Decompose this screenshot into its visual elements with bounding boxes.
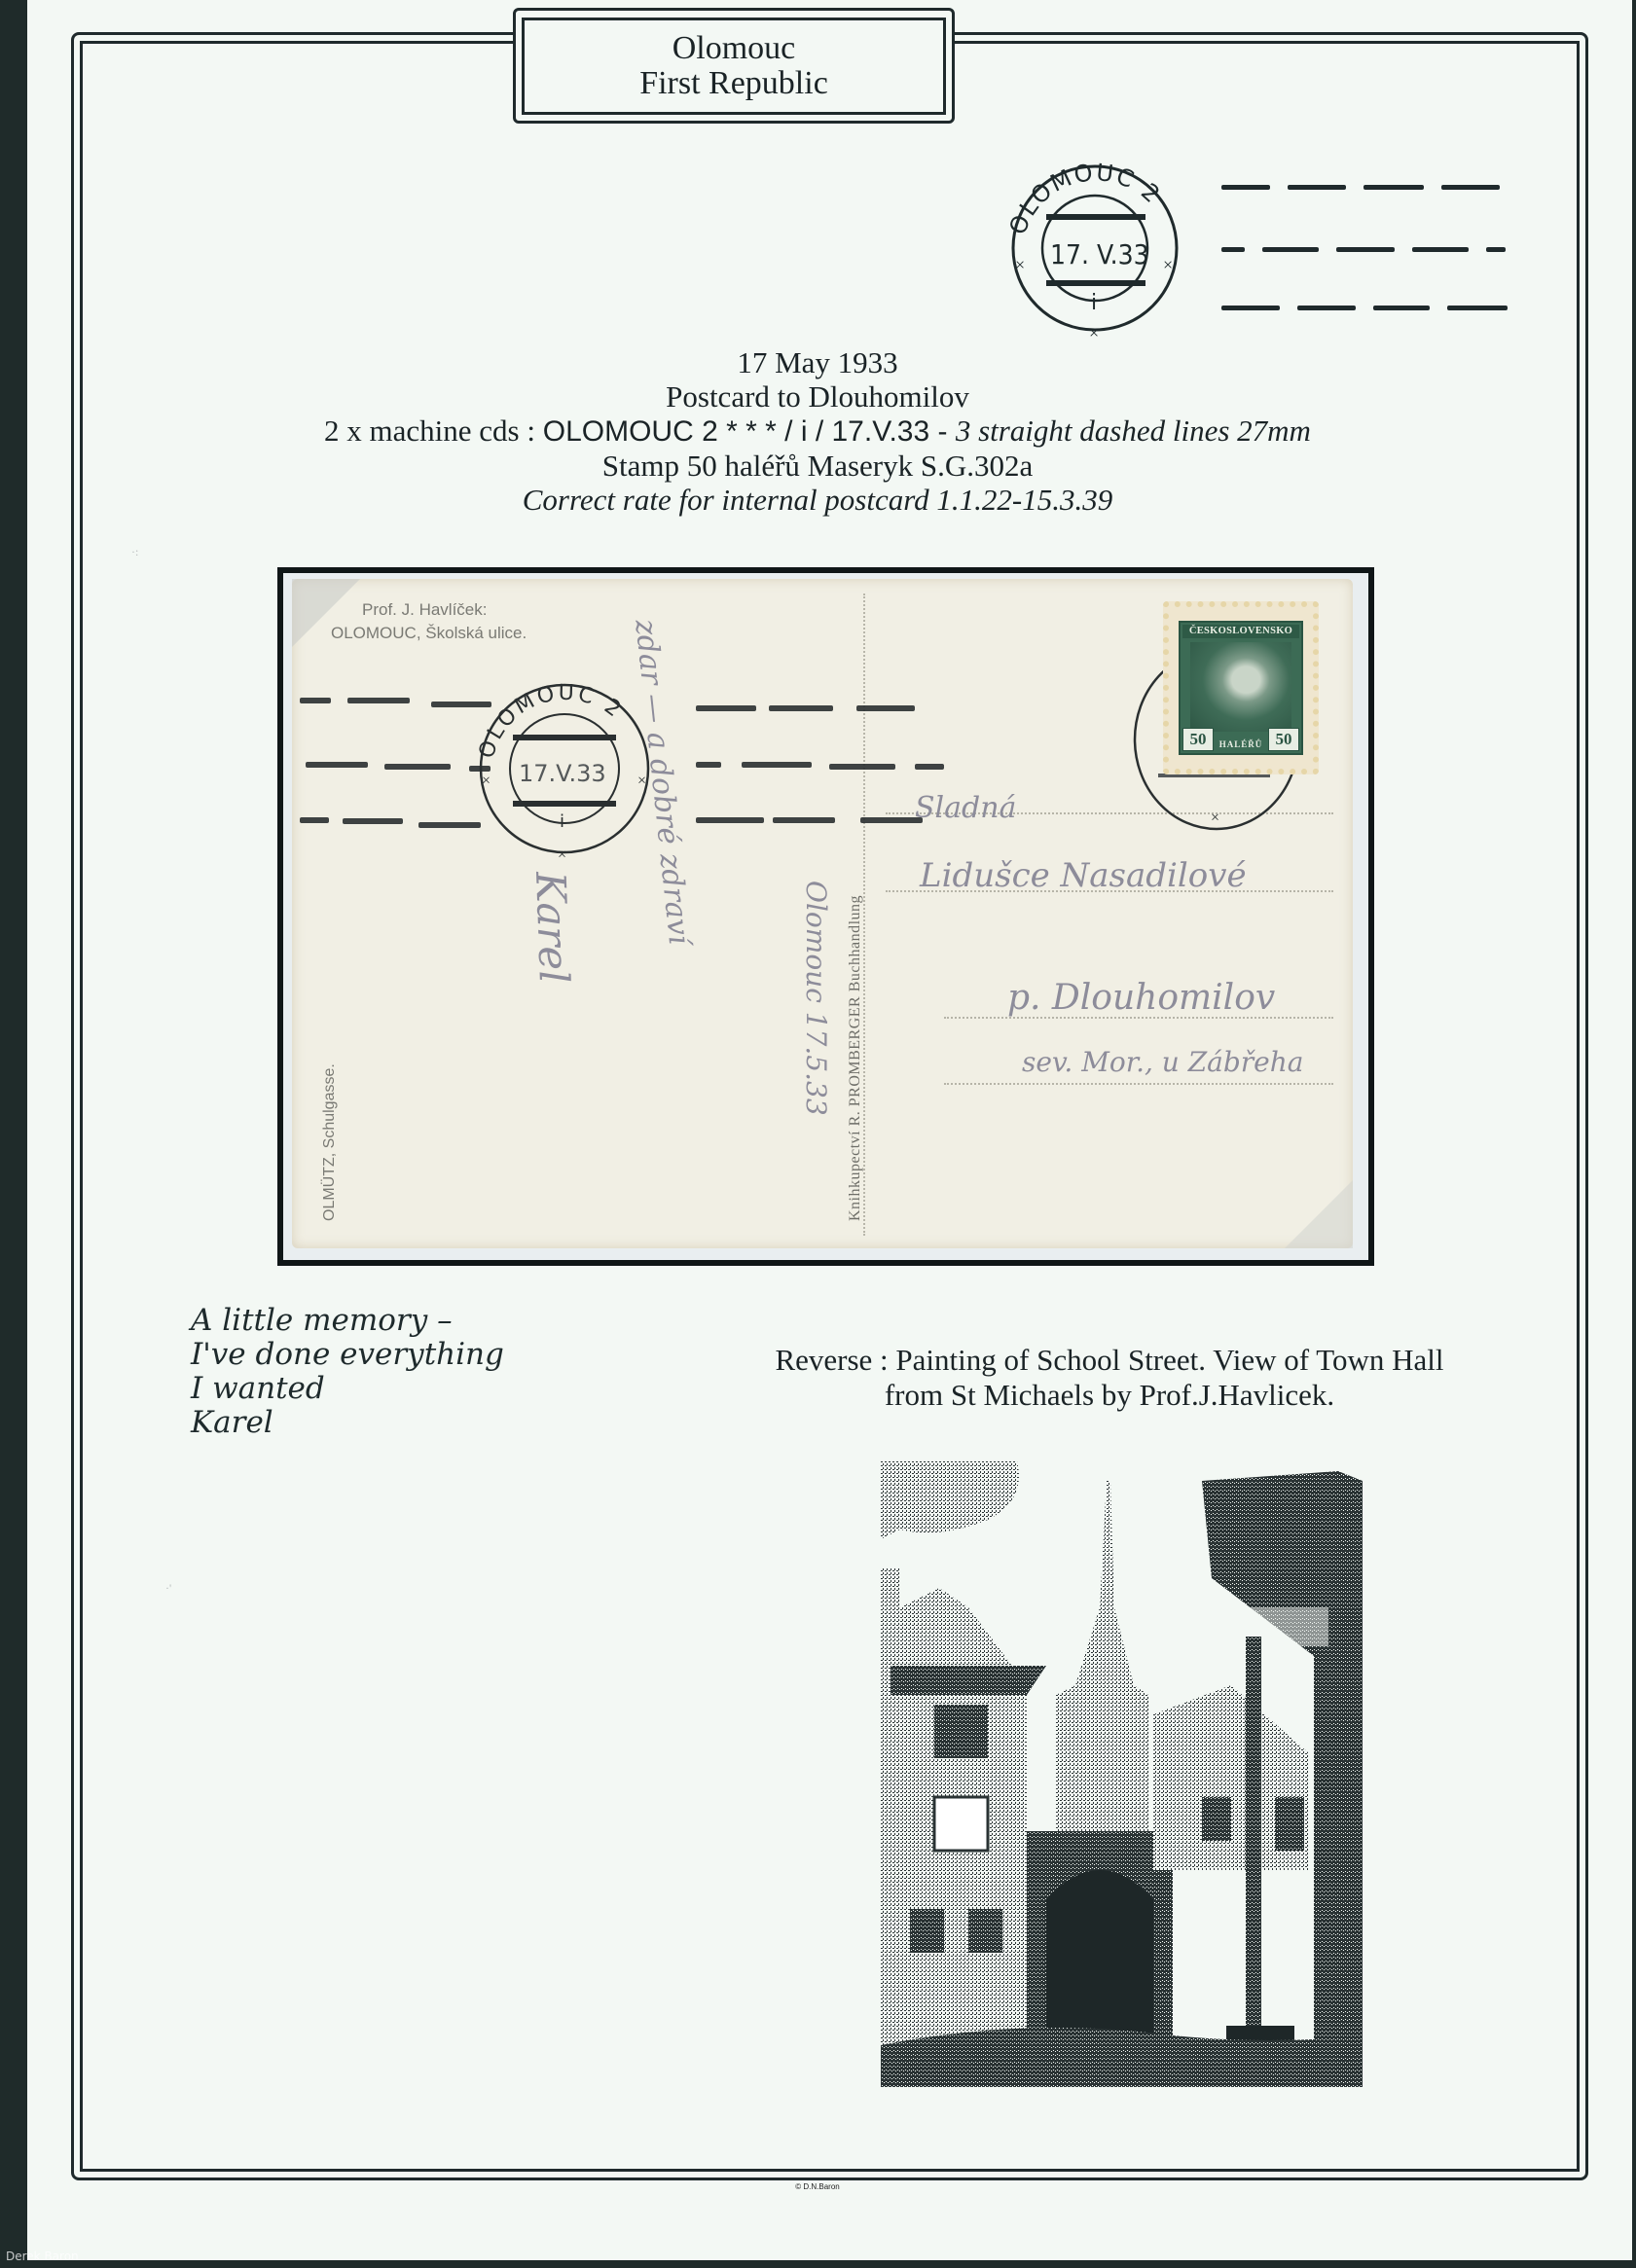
ornament-star-icon: ×	[1089, 323, 1099, 342]
address-line-4: sev. Mor., u Zábřeha	[1022, 1046, 1303, 1078]
handwritten-place-date: Olomouc 17.5.33	[800, 881, 832, 1116]
svg-text:17.V.33: 17.V.33	[519, 760, 606, 787]
ornament-star-icon: ×	[1015, 255, 1025, 274]
cover-description: 17 May 1933 Postcard to Dlouhomilov 2 x …	[165, 345, 1470, 517]
rate-description: Correct rate for internal postcard 1.1.2…	[165, 483, 1470, 517]
svg-text:OLOMOUC 2: OLOMOUC 2	[475, 681, 628, 762]
card-caption: Prof. J. Havlíček: OLOMOUC, Školská ulic…	[331, 598, 527, 645]
cover-date: 17 May 1933	[165, 345, 1470, 379]
svg-text:×: ×	[1211, 810, 1219, 826]
margin-mark: ·:	[131, 545, 138, 559]
svg-text:i: i	[560, 811, 564, 832]
stamp-value: 50	[1268, 728, 1299, 751]
ornament-star-icon: ×	[1163, 255, 1173, 274]
postmark-date: 17. V.33	[1050, 238, 1149, 270]
cancel-description: 2 x machine cds : OLOMOUC 2 * * * / i / …	[165, 414, 1470, 449]
watermark: Derek Baron	[6, 2250, 79, 2263]
reverse-description: Reverse : Painting of School Street. Vie…	[662, 1343, 1557, 1413]
photo-corner	[1285, 1180, 1353, 1248]
cover-item: Postcard to Dlouhomilov	[165, 379, 1470, 414]
copyright-text: © D.N.Baron	[740, 2182, 895, 2191]
stamp-currency: HALÉŘŮ	[1216, 739, 1266, 749]
machine-cancel-lines	[1221, 175, 1562, 321]
handwritten-signature: Karel	[527, 871, 578, 984]
stamp-portrait	[1190, 642, 1291, 732]
stamp-value: 50	[1182, 728, 1214, 751]
painting-illustration	[881, 1461, 1363, 2087]
title-box: Olomouc First Republic	[522, 18, 946, 115]
svg-text:×: ×	[558, 846, 566, 863]
address-line-3: p. Dlouhomilov	[1007, 978, 1275, 1018]
stamp-country: ČESKOSLOVENSKO	[1182, 625, 1299, 638]
page-title: Olomouc	[673, 31, 796, 66]
postmark-illustration: OLOMOUC 2 17. V.33 i × × ×	[988, 146, 1202, 350]
margin-mark: ·'	[165, 1581, 171, 1596]
postage-stamp: ČESKOSLOVENSKO 50 HALÉŘŮ 50	[1163, 601, 1319, 774]
address-line-2: Lidušce Nasadilové	[920, 856, 1247, 895]
translation-note: A little memory – I've done everything I…	[191, 1304, 504, 1440]
svg-text:×: ×	[482, 773, 491, 789]
stamp-description: Stamp 50 haléřů Maseryk S.G.302a	[165, 449, 1470, 483]
postmark-index: i	[1091, 291, 1097, 315]
card-caption-german: OLMÜTZ, Schulgasse.	[321, 1063, 339, 1221]
publisher-imprint: Knihkupectví R. PROMBERGER Buchhandlung	[847, 895, 864, 1221]
address-line-1: Sladná	[915, 791, 1016, 825]
page-subtitle: First Republic	[639, 66, 828, 101]
